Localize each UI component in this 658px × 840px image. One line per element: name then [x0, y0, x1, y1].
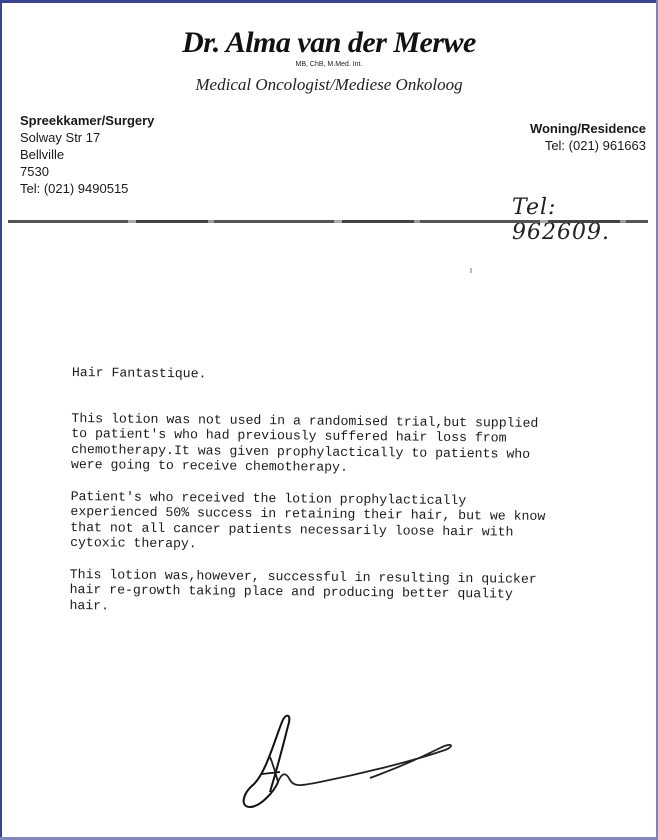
letter-paragraph-1: This lotion was not used in a randomised… [71, 410, 592, 477]
letter-subject: Hair Fantastique. [72, 365, 592, 386]
residence-block: Woning/Residence Tel: (021) 961663 [530, 120, 646, 154]
surgery-address-block: Spreekkamer/Surgery Solway Str 17 Bellvi… [20, 112, 154, 197]
residence-label: Woning/Residence [530, 120, 646, 137]
letter-paragraph-3: This lotion was,however, successful in r… [69, 566, 589, 618]
letterhead-specialty: Medical Oncologist/Mediese Onkoloog [0, 75, 658, 95]
letter-paragraph-2: Patient's who received the lotion prophy… [70, 488, 591, 555]
letterhead-name: Dr. Alma van der Merwe [0, 26, 658, 60]
letterhead-divider [8, 220, 648, 223]
scan-speck [470, 268, 472, 273]
frame-left-border [0, 0, 2, 840]
surgery-city: Bellville [20, 146, 154, 163]
surgery-street: Solway Str 17 [20, 129, 154, 146]
letterhead-qualifications: MB, ChB, M.Med. Int. [0, 61, 658, 68]
signature-icon [240, 712, 460, 812]
letter-body: Hair Fantastique. This lotion was not us… [69, 365, 592, 634]
surgery-label: Spreekkamer/Surgery [20, 112, 154, 129]
surgery-postal-code: 7530 [20, 163, 154, 180]
frame-top-border [0, 0, 658, 3]
residence-tel: Tel: (021) 961663 [530, 137, 646, 154]
surgery-tel: Tel: (021) 9490515 [20, 180, 154, 197]
